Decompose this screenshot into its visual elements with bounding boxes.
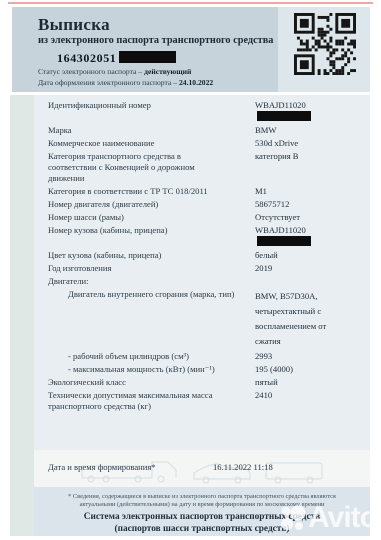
row-label: Цвет кузова (кабины, прицепа) (48, 250, 255, 261)
formation-value: 16.11.2022 11:18 (213, 462, 273, 473)
redaction-box (257, 111, 311, 121)
row-label: Марка (48, 125, 255, 136)
row-value: категория B (255, 151, 356, 162)
formation-row: Дата и время формирования* 16.11.2022 11… (48, 462, 273, 473)
table-row: - максимальная мощность (кВт) (мин⁻¹) 19… (48, 364, 356, 375)
table-row: Номер шасси (рамы) Отсутствует (48, 212, 356, 223)
table-section-row: Двигатели: (48, 276, 356, 287)
formation-label: Дата и время формирования* (48, 462, 213, 473)
row-label: Коммерческое наименование (48, 138, 255, 149)
row-label: Категория транспортного средства в соотв… (48, 151, 255, 184)
row-value: Отсутствует (255, 212, 356, 223)
qr-code-icon (294, 13, 356, 75)
table-row: Двигатель внутреннего сгорания (марка, т… (48, 289, 356, 349)
row-label: Категория в соответствии с ТР ТС 018/201… (48, 186, 255, 197)
row-value: WBAJD11020 (255, 100, 356, 123)
document-header: Выписка из электронного паспорта транспо… (12, 7, 278, 92)
page-subtitle: из электронного паспорта транспортного с… (38, 35, 278, 47)
row-value: пятый (255, 377, 356, 388)
status-value: действующий (144, 67, 191, 76)
table-row: Коммерческое наименование 530d xDrive (48, 138, 356, 149)
row-label: Двигатели: (48, 276, 255, 287)
system-name-line-2: (паспортов шасси транспортных средств) (34, 524, 370, 536)
row-value: 2410 (255, 390, 356, 401)
row-label: Экологический класс (48, 377, 255, 388)
row-value: BMW (255, 125, 356, 136)
row-label: Двигатель внутреннего сгорания (марка, т… (48, 289, 255, 300)
row-label: - максимальная мощность (кВт) (мин⁻¹) (48, 364, 255, 375)
formation-strip: Дата и время формирования* 16.11.2022 11… (34, 450, 370, 487)
qr-panel (278, 7, 370, 92)
table-row: Экологический класс пятый (48, 377, 356, 388)
issued-value: 24.10.2022 (179, 78, 213, 87)
row-value: M1 (255, 186, 356, 197)
status-label: Статус электронного паспорта – (38, 67, 142, 76)
table-row: Номер двигателя (двигателей) 58675712 (48, 199, 356, 210)
table-row: Категория транспортного средства в соотв… (48, 151, 356, 184)
table-row: Идентификационный номер WBAJD11020 (48, 100, 356, 123)
left-edge-band (10, 95, 34, 536)
table-row: - рабочий объем цилиндров (см³) 2993 (48, 351, 356, 362)
row-label: - рабочий объем цилиндров (см³) (48, 351, 255, 362)
top-accent-line (8, 2, 373, 4)
page-title: Выписка (38, 15, 278, 34)
row-value: WBAJD11020 (255, 225, 356, 248)
row-value: 58675712 (255, 199, 356, 210)
row-label: Год изготовления (48, 263, 255, 274)
row-label: Номер кузова (кабины, прицепа) (48, 225, 255, 236)
passport-number: 164302051 (57, 51, 278, 65)
table-row: Цвет кузова (кабины, прицепа) белый (48, 250, 356, 261)
table-row: Технически допустимая максимальная масса… (48, 390, 356, 412)
row-value: 2019 (255, 263, 356, 274)
row-label: Идентификационный номер (48, 100, 255, 111)
row-value: 2993 (255, 351, 356, 362)
document-footer: * Сведения, содержащиеся в выписке из эл… (34, 487, 370, 536)
vehicle-details-table: Идентификационный номер WBAJD11020 Марка… (34, 95, 370, 450)
passport-status-line: Статус электронного паспорта –действующи… (38, 67, 278, 77)
row-value: 195 (4000) (255, 364, 356, 375)
row-value: BMW, B57D30A, четырехтактный с воспламен… (255, 289, 335, 349)
row-label: Номер двигателя (двигателей) (48, 199, 255, 210)
passport-number-value: 164302051 (57, 51, 116, 65)
table-row: Марка BMW (48, 125, 356, 136)
system-name-line-1: Система электронных паспортов транспортн… (34, 512, 370, 524)
row-label: Технически допустимая максимальная масса… (48, 390, 255, 412)
table-row: Номер кузова (кабины, прицепа) WBAJD1102… (48, 225, 356, 248)
passport-issued-line: Дата оформления электронного паспорта –2… (38, 78, 278, 88)
footnote-line-1: * Сведения, содержащиеся в выписке из эл… (34, 493, 370, 501)
redaction-box (119, 51, 176, 63)
redaction-box (257, 236, 311, 246)
table-row: Категория в соответствии с ТР ТС 018/201… (48, 186, 356, 197)
footnote-line-2: актуальными (действительными) на дату и … (34, 501, 370, 509)
row-label: Номер шасси (рамы) (48, 212, 255, 223)
table-row: Год изготовления 2019 (48, 263, 356, 274)
document-page: Выписка из электронного паспорта транспо… (0, 0, 381, 540)
row-value: белый (255, 250, 356, 261)
issued-label: Дата оформления электронного паспорта – (38, 78, 177, 87)
row-value: 530d xDrive (255, 138, 356, 149)
